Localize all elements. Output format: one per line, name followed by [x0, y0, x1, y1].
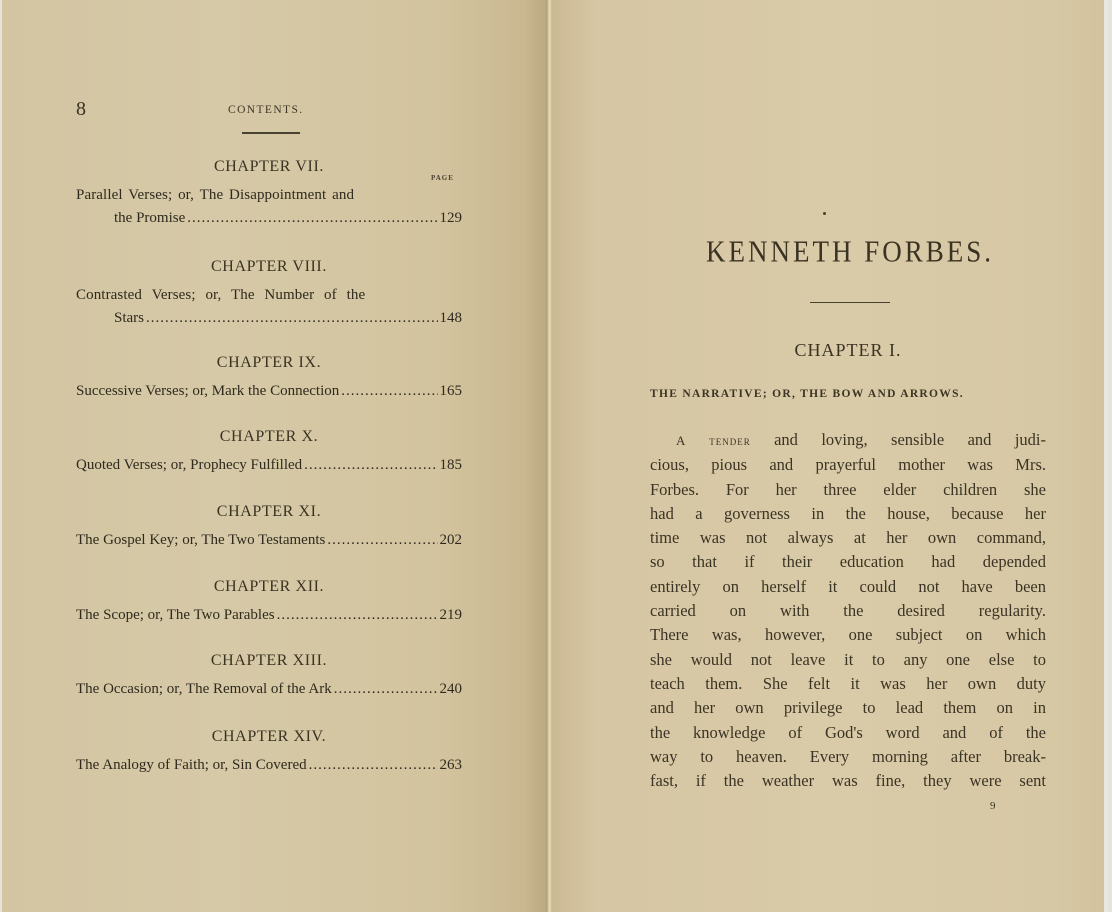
toc-entry-title: Stars [114, 307, 144, 330]
body-line: A tender and loving, sensible and judi- [650, 428, 1046, 453]
chapter-heading: CHAPTER I. [552, 340, 1108, 361]
body-line: teach them. She felt it was her own duty [650, 672, 1046, 696]
left-page-contents: 8 CONTENTS. PAGE CHAPTER VII. Parallel V… [2, 0, 546, 912]
toc-entry: CHAPTER XI. The Gospel Key; or, The Two … [76, 503, 462, 552]
chapter-subtitle: THE NARRATIVE; OR, THE BOW AND ARROWS. [650, 388, 964, 400]
toc-page-number: 148 [440, 307, 463, 330]
leader-dots [327, 529, 437, 552]
toc-page-number: 185 [440, 454, 463, 477]
toc-chapter-heading: CHAPTER VII. [76, 158, 462, 176]
toc-entry-line: The Gospel Key; or, The Two Testaments 2… [76, 529, 462, 552]
leader-dots [341, 380, 437, 403]
toc-entry-title: The Occasion; or, The Removal of the Ark [76, 678, 332, 701]
body-line-text: and loving, sensible and judi- [751, 430, 1046, 449]
body-line: carried on with the desired regularity. [650, 599, 1046, 623]
toc-chapter-heading: CHAPTER VIII. [76, 258, 462, 276]
toc-entry-line: The Occasion; or, The Removal of the Ark… [76, 678, 462, 701]
toc-page-number: 202 [440, 529, 463, 552]
toc-chapter-heading: CHAPTER XIV. [76, 728, 462, 746]
leader-dots [304, 454, 437, 477]
body-line: time was not always at her own command, [650, 526, 1046, 550]
toc-page-number: 165 [440, 380, 463, 403]
body-line: and her own privilege to lead them on in [650, 696, 1046, 720]
toc-chapter-heading: CHAPTER XIII. [76, 652, 462, 670]
toc-entry-title-line: Parallel Verses; or, The Disappointment … [76, 184, 462, 207]
toc-entry-title: Quoted Verses; or, Prophecy Fulfilled [76, 454, 302, 477]
toc-entry: CHAPTER VIII. Contrasted Verses; or, The… [76, 258, 462, 330]
body-line: way to heaven. Every morning after break… [650, 745, 1046, 769]
toc-entry: CHAPTER IX. Successive Verses; or, Mark … [76, 354, 462, 403]
body-line: had a governess in the house, because he… [650, 502, 1046, 526]
header-rule [242, 132, 300, 134]
title-rule [810, 302, 890, 303]
leader-dots [146, 307, 438, 330]
toc-entry-line: The Analogy of Faith; or, Sin Covered 26… [76, 754, 462, 777]
toc-chapter-heading: CHAPTER X. [76, 428, 462, 446]
toc-page-number: 219 [440, 604, 463, 627]
toc-chapter-heading: CHAPTER IX. [76, 354, 462, 372]
toc-entry: CHAPTER VII. Parallel Verses; or, The Di… [76, 158, 462, 230]
toc-chapter-heading: CHAPTER XII. [76, 578, 462, 596]
toc-entry-title: the Promise [114, 207, 185, 230]
toc-page-number: 129 [440, 207, 463, 230]
ornament-dot [823, 212, 826, 215]
body-line: the knowledge of God's word and of the [650, 721, 1046, 745]
toc-entry-line: Stars 148 [76, 307, 462, 330]
body-line: so that if their education had depended [650, 550, 1046, 574]
leader-dots [334, 678, 438, 701]
body-line: cious, pious and prayerful mother was Mr… [650, 453, 1046, 477]
chapter-body-text: A tender and loving, sensible and judi- … [650, 428, 1046, 793]
toc-entry: CHAPTER XIV. The Analogy of Faith; or, S… [76, 728, 462, 777]
toc-entry-line: Quoted Verses; or, Prophecy Fulfilled 18… [76, 454, 462, 477]
toc-entry-line: The Scope; or, The Two Parables 219 [76, 604, 462, 627]
toc-chapter-heading: CHAPTER XI. [76, 503, 462, 521]
book-spread: 8 CONTENTS. PAGE CHAPTER VII. Parallel V… [2, 0, 1108, 912]
body-line: Forbes. For her three elder children she [650, 478, 1046, 502]
toc-entry-line: the Promise 129 [76, 207, 462, 230]
toc-page-number: 263 [440, 754, 463, 777]
body-line: There was, however, one subject on which [650, 623, 1046, 647]
toc-page-number: 240 [440, 678, 463, 701]
toc-entry-title: The Scope; or, The Two Parables [76, 604, 275, 627]
leader-dots [309, 754, 438, 777]
book-title: KENNETH FORBES. [552, 234, 1108, 270]
body-line: entirely on herself it could not have be… [650, 575, 1046, 599]
toc-entry-line: Successive Verses; or, Mark the Connecti… [76, 380, 462, 403]
body-line: she would not leave it to any one else t… [650, 648, 1046, 672]
leader-dots [277, 604, 438, 627]
toc-entry-title: The Gospel Key; or, The Two Testaments [76, 529, 325, 552]
running-head: CONTENTS. [228, 104, 304, 116]
body-line: fast, if the weather was fine, they were… [650, 769, 1046, 793]
right-page-chapter-one: KENNETH FORBES. CHAPTER I. THE NARRATIVE… [552, 0, 1108, 912]
toc-entry-title: Successive Verses; or, Mark the Connecti… [76, 380, 339, 403]
toc-entry-title: The Analogy of Faith; or, Sin Covered [76, 754, 307, 777]
leader-dots [187, 207, 437, 230]
toc-entry: CHAPTER X. Quoted Verses; or, Prophecy F… [76, 428, 462, 477]
toc-entry: CHAPTER XIII. The Occasion; or, The Remo… [76, 652, 462, 701]
page-number-right: 9 [990, 800, 996, 812]
toc-entry: CHAPTER XII. The Scope; or, The Two Para… [76, 578, 462, 627]
opening-small-caps: A tender [676, 433, 751, 448]
toc-entry-title-line: Contrasted Verses; or, The Number of the [76, 284, 462, 307]
page-number-left: 8 [76, 98, 86, 121]
